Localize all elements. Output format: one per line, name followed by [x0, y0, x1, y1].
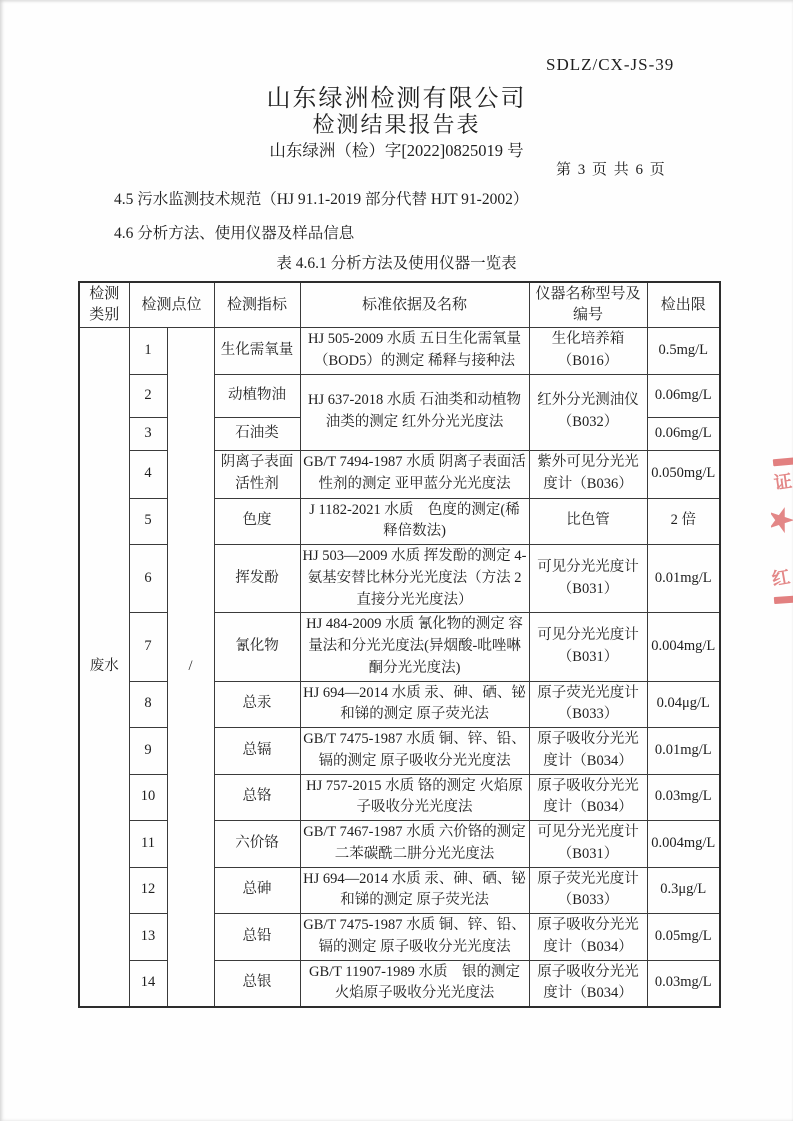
cell-limit: 0.03mg/L [647, 960, 720, 1007]
cell-instrument: 原子吸收分光光度计（B034） [529, 728, 647, 775]
cell-limit: 0.004mg/L [647, 821, 720, 868]
cell-point: / [167, 328, 214, 1008]
cell-indicator: 阴离子表面活性剂 [214, 450, 300, 498]
cell-limit: 0.06mg/L [647, 417, 720, 450]
cell-standard: HJ 694—2014 水质 汞、砷、硒、铋和锑的测定 原子荧光法 [300, 867, 529, 914]
table-caption: 表 4.6.1 分析方法及使用仪器一览表 [0, 251, 793, 273]
cell-indicator: 总镉 [214, 728, 300, 775]
section-4-6: 4.6 分析方法、使用仪器及样品信息 [114, 221, 354, 243]
cell-no: 8 [129, 681, 167, 728]
cell-indicator: 总银 [214, 960, 300, 1007]
analysis-methods-table: 检测类别 检测点位 检测指标 标准依据及名称 仪器名称型号及编号 检出限 废水 … [78, 281, 721, 1008]
document-page: SDLZ/CX-JS-39 山东绿洲检测有限公司 检测结果报告表 山东绿洲（检）… [0, 0, 793, 1121]
cell-indicator: 总铬 [214, 774, 300, 821]
cell-no: 3 [129, 417, 167, 450]
cell-instrument: 可见分光光度计（B031） [529, 613, 647, 681]
seal-bar-bottom [774, 595, 793, 604]
cell-instrument: 可见分光光度计（B031） [529, 821, 647, 868]
cell-standard: HJ 484-2009 水质 氰化物的测定 容量法和分光光度法(异烟酸-吡唑啉酮… [300, 613, 529, 681]
report-number: 山东绿洲（检）字[2022]0825019 号 [0, 137, 793, 161]
cell-standard: HJ 637-2018 水质 石油类和动植物油类的测定 红外分光光度法 [300, 374, 529, 450]
cell-instrument: 原子荧光光度计（B033） [529, 681, 647, 728]
header-indicator: 检测指标 [214, 282, 300, 328]
seal-bar-top [773, 457, 793, 467]
cell-indicator: 挥发酚 [214, 545, 300, 613]
cell-indicator: 总砷 [214, 867, 300, 914]
cell-standard: HJ 505-2009 水质 五日生化需氧量（BOD5）的测定 稀释与接种法 [300, 328, 529, 375]
cell-limit: 0.05mg/L [647, 914, 720, 961]
page-indicator: 第 3 页 共 6 页 [556, 158, 666, 179]
cell-no: 5 [129, 498, 167, 545]
cell-instrument: 原子吸收分光光度计（B034） [529, 774, 647, 821]
cell-indicator: 氰化物 [214, 613, 300, 681]
cell-no: 13 [129, 914, 167, 961]
header-standard: 标准依据及名称 [300, 282, 529, 328]
report-subtitle: 检测结果报告表 [0, 108, 793, 139]
red-seal-fragment: 证 ★ 红 [771, 452, 793, 610]
header-detection-limit: 检出限 [647, 282, 720, 328]
cell-standard: HJ 757-2015 水质 铬的测定 火焰原子吸收分光光度法 [300, 774, 529, 821]
header-category: 检测类别 [79, 282, 129, 328]
cell-standard: J 1182-2021 水质 色度的测定(稀释倍数法) [300, 498, 529, 545]
cell-no: 11 [129, 821, 167, 868]
header-point: 检测点位 [129, 282, 214, 328]
cell-indicator: 六价铬 [214, 821, 300, 868]
cell-indicator: 色度 [214, 498, 300, 545]
cell-limit: 0.5mg/L [647, 328, 720, 375]
cell-no: 1 [129, 328, 167, 375]
doc-code: SDLZ/CX-JS-39 [546, 55, 674, 75]
cell-indicator: 总汞 [214, 681, 300, 728]
cell-instrument: 生化培养箱（B016） [529, 328, 647, 375]
cell-no: 4 [129, 450, 167, 498]
cell-standard: GB/T 11907-1989 水质 银的测定 火焰原子吸收分光光度法 [300, 960, 529, 1007]
cell-limit: 0.06mg/L [647, 374, 720, 417]
section-4-5: 4.5 污水监测技术规范（HJ 91.1-2019 部分代替 HJT 91-20… [114, 187, 528, 209]
header-instrument: 仪器名称型号及编号 [529, 282, 647, 328]
cell-indicator: 石油类 [214, 417, 300, 450]
cell-instrument: 原子荧光光度计（B033） [529, 867, 647, 914]
cell-instrument: 比色管 [529, 498, 647, 545]
cell-limit: 2 倍 [647, 498, 720, 545]
cell-instrument: 原子吸收分光光度计（B034） [529, 914, 647, 961]
cell-limit: 0.01mg/L [647, 545, 720, 613]
table-row: 废水 1 / 生化需氧量 HJ 505-2009 水质 五日生化需氧量（BOD5… [79, 328, 720, 375]
cell-standard: HJ 503—2009 水质 挥发酚的测定 4-氨基安替比林分光光度法（方法 2… [300, 545, 529, 613]
cell-standard: HJ 694—2014 水质 汞、砷、硒、铋和锑的测定 原子荧光法 [300, 681, 529, 728]
cell-no: 9 [129, 728, 167, 775]
cell-limit: 0.050mg/L [647, 450, 720, 498]
cell-no: 6 [129, 545, 167, 613]
cell-limit: 0.3μg/L [647, 867, 720, 914]
cell-no: 2 [129, 374, 167, 417]
cell-limit: 0.004mg/L [647, 613, 720, 681]
cell-indicator: 动植物油 [214, 374, 300, 417]
cell-no: 10 [129, 774, 167, 821]
cell-limit: 0.04μg/L [647, 681, 720, 728]
cell-standard: GB/T 7467-1987 水质 六价铬的测定 二苯碳酰二肼分光光度法 [300, 821, 529, 868]
seal-star-icon: ★ [771, 500, 793, 542]
cell-indicator: 生化需氧量 [214, 328, 300, 375]
cell-instrument: 原子吸收分光光度计（B034） [529, 960, 647, 1007]
cell-standard: GB/T 7475-1987 水质 铜、锌、铅、镉的测定 原子吸收分光光度法 [300, 914, 529, 961]
cell-instrument: 可见分光光度计（B031） [529, 545, 647, 613]
cell-category: 废水 [79, 328, 129, 1008]
cell-limit: 0.03mg/L [647, 774, 720, 821]
cell-standard: GB/T 7475-1987 水质 铜、锌、铅、镉的测定 原子吸收分光光度法 [300, 728, 529, 775]
cell-no: 14 [129, 960, 167, 1007]
cell-limit: 0.01mg/L [647, 728, 720, 775]
seal-character-top: 证 [773, 472, 793, 492]
cell-indicator: 总铅 [214, 914, 300, 961]
cell-no: 7 [129, 613, 167, 681]
cell-standard: GB/T 7494-1987 水质 阴离子表面活性剂的测定 亚甲蓝分光光度法 [300, 450, 529, 498]
cell-instrument: 紫外可见分光光度计（B036） [529, 450, 647, 498]
cell-no: 12 [129, 867, 167, 914]
cell-instrument: 红外分光测油仪（B032） [529, 374, 647, 450]
seal-character-bottom: 红 [771, 568, 791, 589]
